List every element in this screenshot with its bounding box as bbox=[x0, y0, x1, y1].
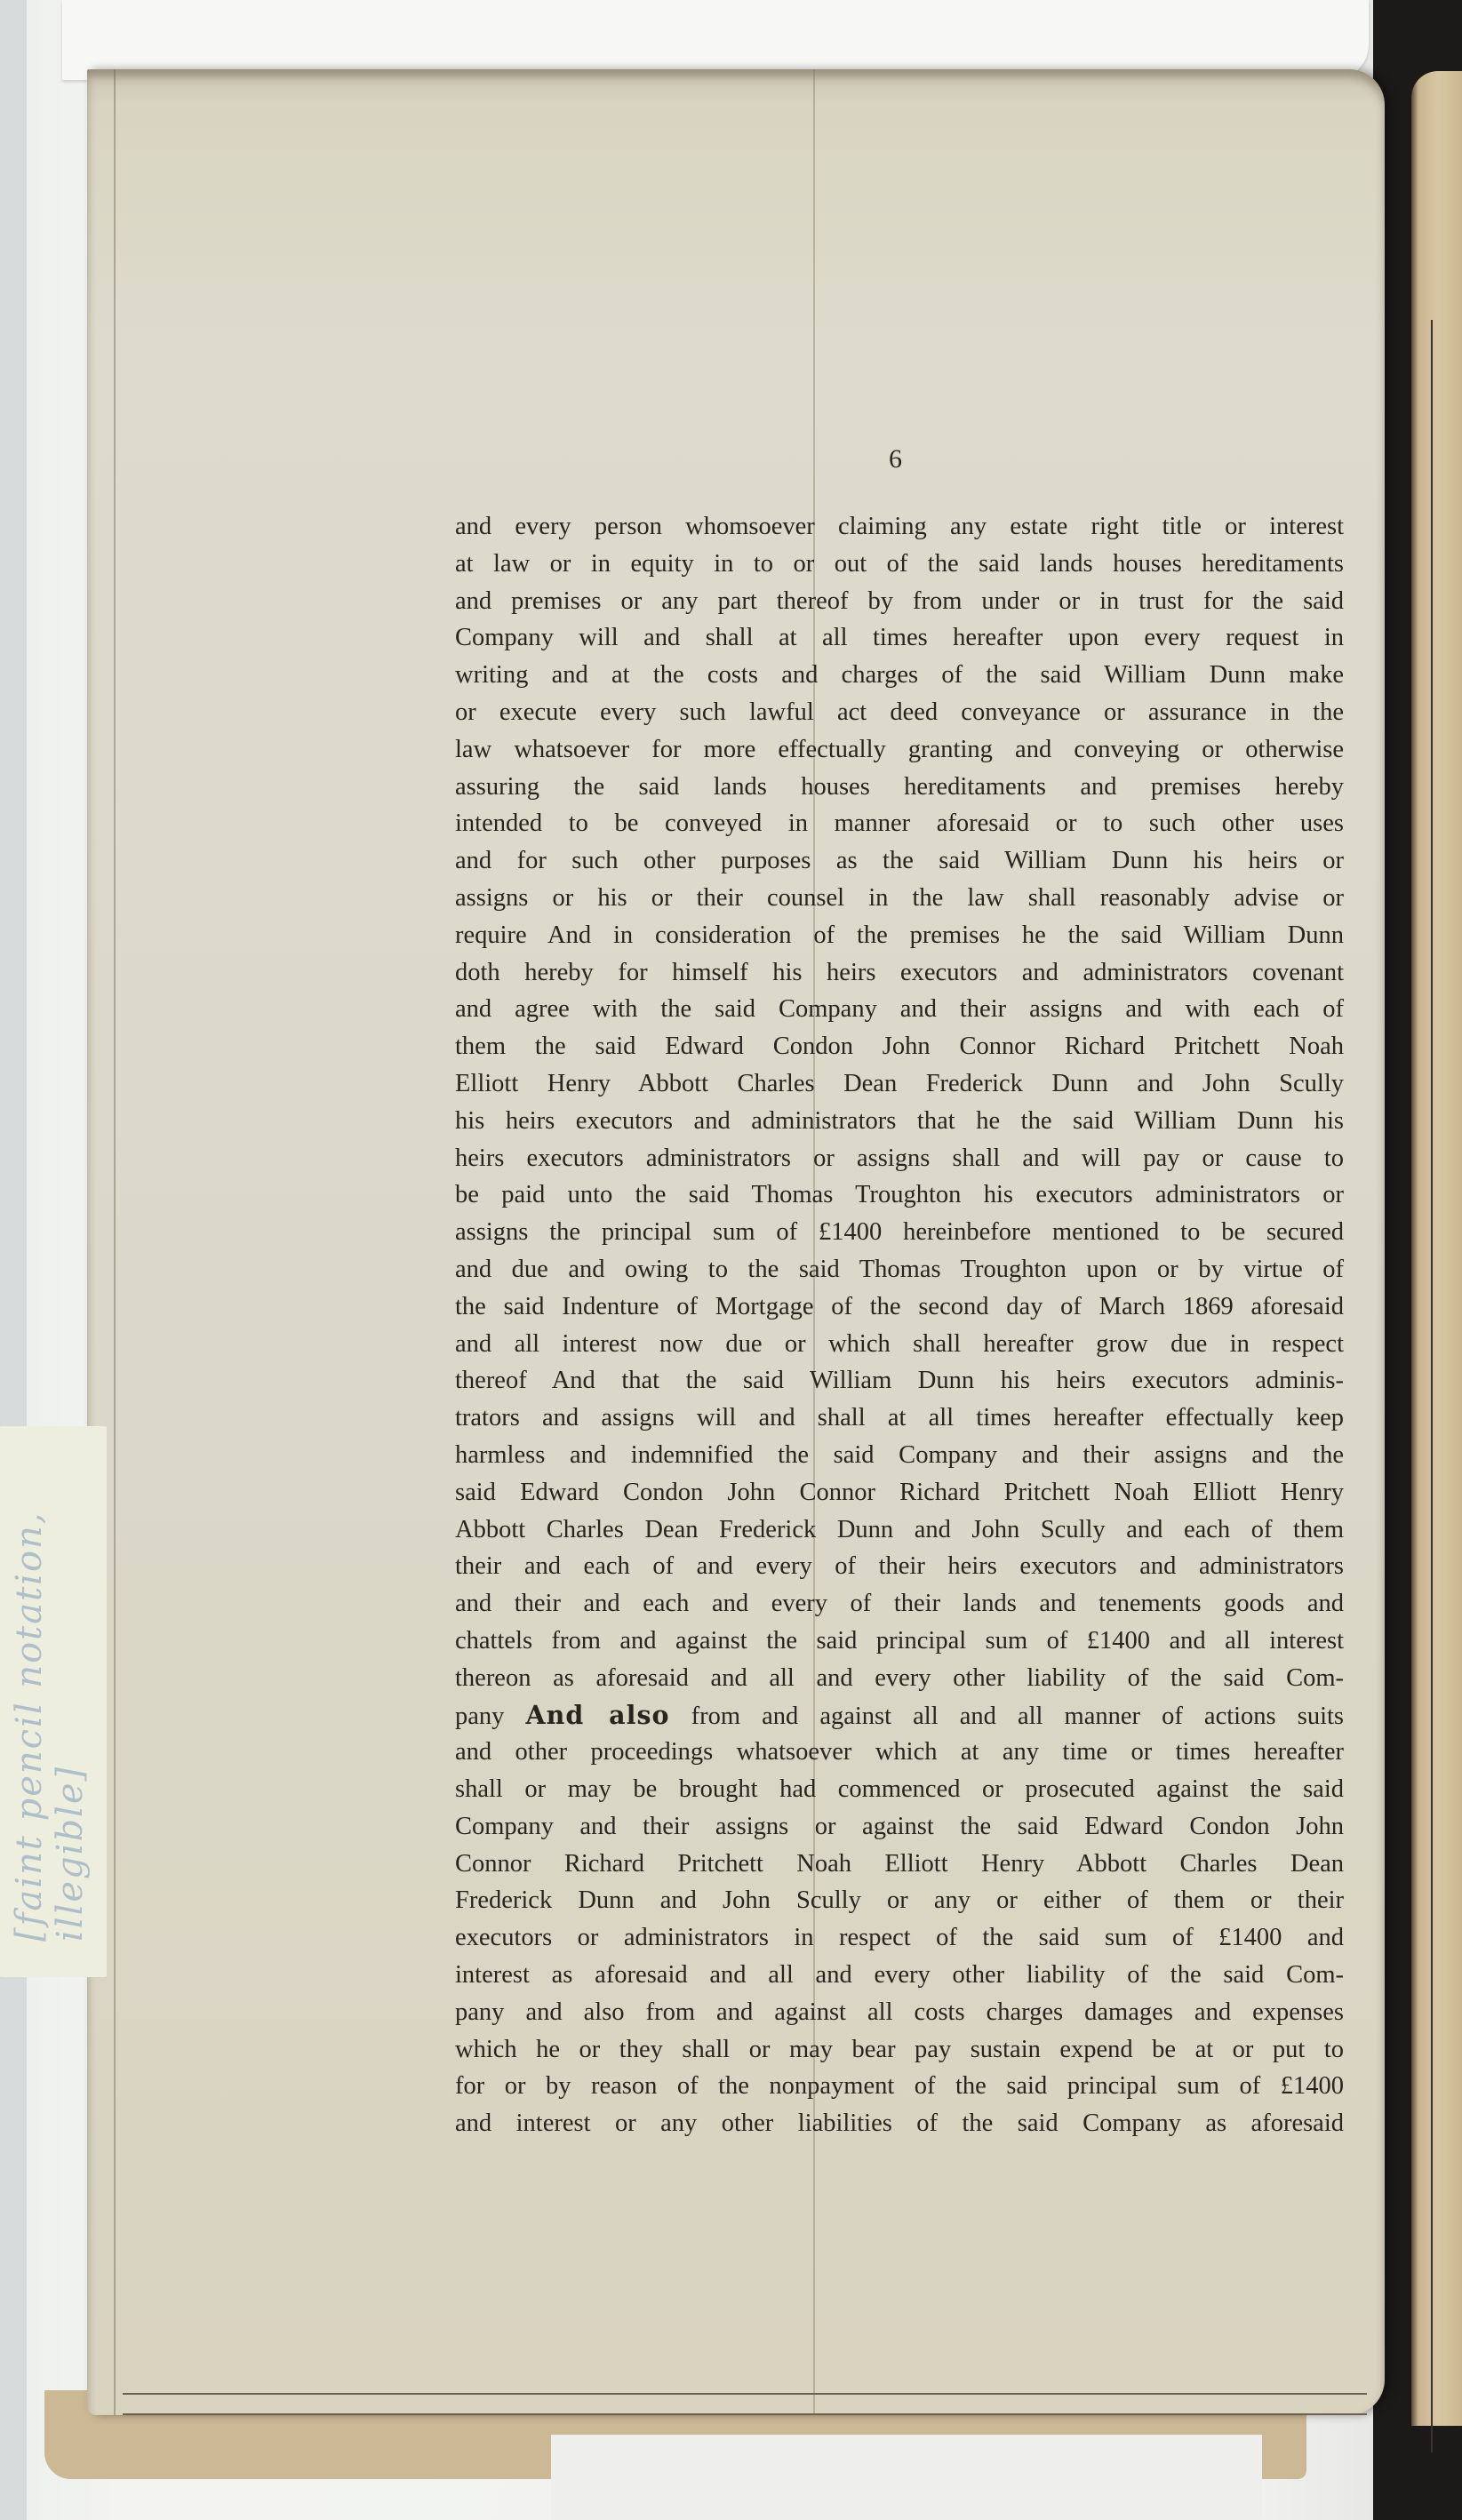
page-number: 6 bbox=[889, 444, 902, 474]
text-line: and interest or any other liabilities of… bbox=[455, 2105, 1344, 2142]
binding-thread bbox=[1431, 320, 1433, 2452]
text-line: chattels from and against the said princ… bbox=[455, 1623, 1344, 1660]
text-line: and their and each and every of their la… bbox=[455, 1585, 1344, 1623]
underlying-white-sheet bbox=[551, 2435, 1262, 2520]
text-line: and all interest now due or which shall … bbox=[455, 1326, 1344, 1363]
text-line: and for such other purposes as the said … bbox=[455, 842, 1344, 880]
blackletter-emphasis: And also bbox=[526, 1700, 670, 1730]
text-line: them the said Edward Condon John Connor … bbox=[455, 1028, 1344, 1065]
text-line: and agree with the said Company and thei… bbox=[455, 991, 1344, 1028]
text-line: at law or in equity in to or out of the … bbox=[455, 546, 1344, 583]
text-line: require And in consideration of the prem… bbox=[455, 917, 1344, 954]
text-line: doth hereby for himself his heirs execut… bbox=[455, 954, 1344, 992]
text-run: pany bbox=[455, 1703, 526, 1730]
text-line: harmless and indemnified the said Compan… bbox=[455, 1437, 1344, 1474]
page-bottom-rule-outer bbox=[123, 2413, 1367, 2415]
text-line: Company and their assigns or against the… bbox=[455, 1808, 1344, 1846]
text-line: executors or administrators in respect o… bbox=[455, 1919, 1344, 1957]
text-line: assuring the said lands houses hereditam… bbox=[455, 769, 1344, 806]
pencil-notation: [faint pencil notation, illegible] bbox=[9, 1462, 98, 1942]
margin-annotation-tag: [faint pencil notation, illegible] bbox=[0, 1426, 107, 1977]
text-line: which he or they shall or may bear pay s… bbox=[455, 2031, 1344, 2069]
text-line: intended to be conveyed in manner afores… bbox=[455, 805, 1344, 842]
text-line: the said Indenture of Mortgage of the se… bbox=[455, 1288, 1344, 1326]
text-line: Company will and shall at all times here… bbox=[455, 619, 1344, 657]
text-line: law whatsoever for more effectually gran… bbox=[455, 731, 1344, 769]
text-line: heirs executors administrators or assign… bbox=[455, 1140, 1344, 1177]
text-line: said Edward Condon John Connor Richard P… bbox=[455, 1474, 1344, 1511]
text-line: interest as aforesaid and all and every … bbox=[455, 1957, 1344, 1994]
adjacent-page-edge bbox=[1411, 71, 1462, 2426]
text-line: their and each of and every of their hei… bbox=[455, 1548, 1344, 1585]
document-body-text: and every person whomsoever claiming any… bbox=[455, 508, 1344, 2142]
text-run: from and against all and all manner of a… bbox=[670, 1703, 1345, 1730]
text-line: pany and also from and against all costs… bbox=[455, 1994, 1344, 2031]
text-line: Connor Richard Pritchett Noah Elliott He… bbox=[455, 1846, 1344, 1883]
text-line: be paid unto the said Thomas Troughton h… bbox=[455, 1176, 1344, 1214]
text-line: assigns or his or their counsel in the l… bbox=[455, 880, 1344, 917]
text-line: pany And also from and against all and a… bbox=[455, 1697, 1344, 1734]
text-line: and premises or any part thereof by from… bbox=[455, 583, 1344, 620]
text-line: or execute every such lawful act deed co… bbox=[455, 694, 1344, 731]
text-line: and due and owing to the said Thomas Tro… bbox=[455, 1251, 1344, 1288]
page-bottom-rule bbox=[123, 2393, 1367, 2395]
text-line: thereof And that the said William Dunn h… bbox=[455, 1362, 1344, 1400]
text-line: writing and at the costs and charges of … bbox=[455, 657, 1344, 694]
text-line: his heirs executors and administrators t… bbox=[455, 1103, 1344, 1140]
top-protective-sheet bbox=[62, 0, 1369, 80]
text-line: Frederick Dunn and John Scully or any or… bbox=[455, 1882, 1344, 1919]
page-left-rule bbox=[114, 69, 116, 2415]
text-line: Elliott Henry Abbott Charles Dean Freder… bbox=[455, 1065, 1344, 1103]
text-line: assigns the principal sum of £1400 herei… bbox=[455, 1214, 1344, 1251]
text-line: and other proceedings whatsoever which a… bbox=[455, 1734, 1344, 1771]
text-line: for or by reason of the nonpayment of th… bbox=[455, 2068, 1344, 2105]
left-backing-strip bbox=[0, 0, 27, 2520]
text-line: thereon as aforesaid and all and every o… bbox=[455, 1660, 1344, 1697]
text-line: Abbott Charles Dean Frederick Dunn and J… bbox=[455, 1511, 1344, 1549]
text-line: shall or may be brought had commenced or… bbox=[455, 1771, 1344, 1808]
text-line: trators and assigns will and shall at al… bbox=[455, 1400, 1344, 1437]
text-line: and every person whomsoever claiming any… bbox=[455, 508, 1344, 546]
